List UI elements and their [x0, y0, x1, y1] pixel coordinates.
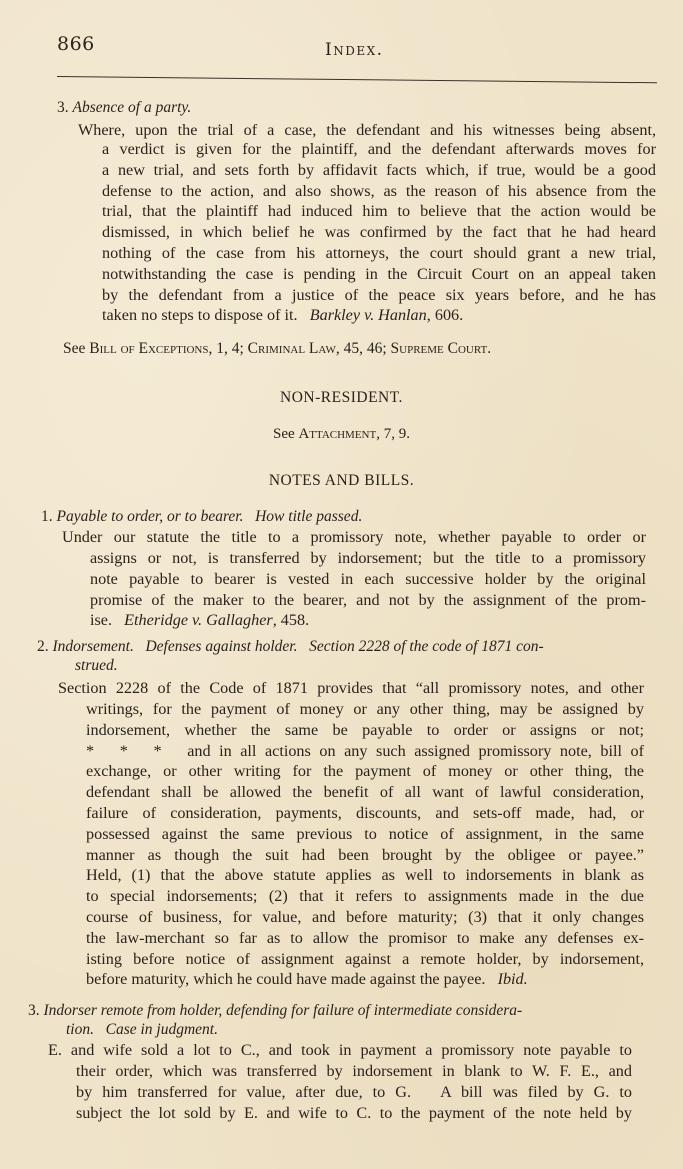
entry-heading-payable-to-order: 1. Payable to order, or to bearer. How t… [41, 507, 362, 528]
section-heading-notes-and-bills: NOTES AND BILLS. [0, 471, 683, 492]
entry-heading-indorsement: 2. Indorsement. Defenses against holder.… [37, 637, 544, 658]
entry-paragraph-indorsement-first: Section 2228 of the Code of 1871 provide… [58, 678, 644, 699]
entry-paragraph-payable-to-order: assigns or not, is transferred by indors… [90, 548, 646, 631]
entry-heading-indorsement-cont: strued. [75, 656, 118, 677]
page-number: 866 [57, 33, 95, 55]
paragraph-line: a new trial, and sets forth by affidavit… [102, 160, 656, 181]
paragraph-line: trial, that the plaintiff had induced hi… [102, 201, 656, 222]
case-citation: Ibid. [498, 970, 528, 988]
case-citation: Etheridge v. Gallagher [124, 611, 273, 629]
entry-heading-indorser-remote: 3. Indorser remote from holder, defendin… [28, 1001, 522, 1022]
entry-heading-absence-of-party: 3. Absence of a party. [57, 98, 191, 119]
entry-paragraph-indorser-remote-first: E. and wife sold a lot to C., and took i… [48, 1040, 632, 1061]
paragraph-line: defense to the action, and also shows, a… [102, 181, 656, 202]
entry-number: 3. [57, 99, 69, 116]
cross-reference-links: Bill of Exceptions, 1, 4; Criminal Law, … [89, 340, 491, 357]
book-page: 866 Index. 3. Absence of a party. Where,… [0, 0, 683, 1169]
paragraph-line: nothing of the case from his attorneys, … [102, 243, 656, 264]
see-also-non-resident: See Attachment, 7, 9. [0, 424, 683, 445]
section-heading-non-resident: NON-RESIDENT. [0, 388, 683, 409]
running-head: Index. [325, 40, 384, 60]
entry-paragraph-indorser-remote: their order, which was transferred by in… [76, 1061, 632, 1123]
paragraph-line: a verdict is given for the plaintiff, an… [102, 139, 656, 160]
cross-reference: See Bill of Exceptions, 1, 4; Criminal L… [63, 339, 491, 360]
header-rule [57, 76, 657, 83]
paragraph-line: by the defendant from a justice of the p… [102, 285, 656, 306]
paragraph-line-last: taken no steps to dispose of it. Barkley… [102, 305, 656, 326]
see-also-link: Attachment, 7, 9. [298, 426, 410, 442]
entry-paragraph-absence-of-party-body: a verdict is given for the plaintiff, an… [102, 139, 656, 326]
case-citation: Barkley v. Hanlan [310, 306, 427, 324]
paragraph-line: dismissed, in which belief he was confir… [102, 222, 656, 243]
entry-paragraph-absence-of-party: Where, upon the trial of a case, the def… [78, 120, 656, 141]
entry-heading-indorser-remote-cont: tion. Case in judgment. [66, 1020, 218, 1041]
entry-paragraph-indorsement: writings, for the payment of money or an… [86, 699, 644, 990]
entry-title: Absence of a party. [73, 99, 192, 116]
paragraph-line: notwithstanding the case is pending in t… [102, 264, 656, 285]
paragraph-line: Where, upon the trial of a case, the def… [78, 120, 656, 141]
entry-paragraph-payable-to-order-first: Under our statute the title to a promiss… [62, 527, 646, 548]
